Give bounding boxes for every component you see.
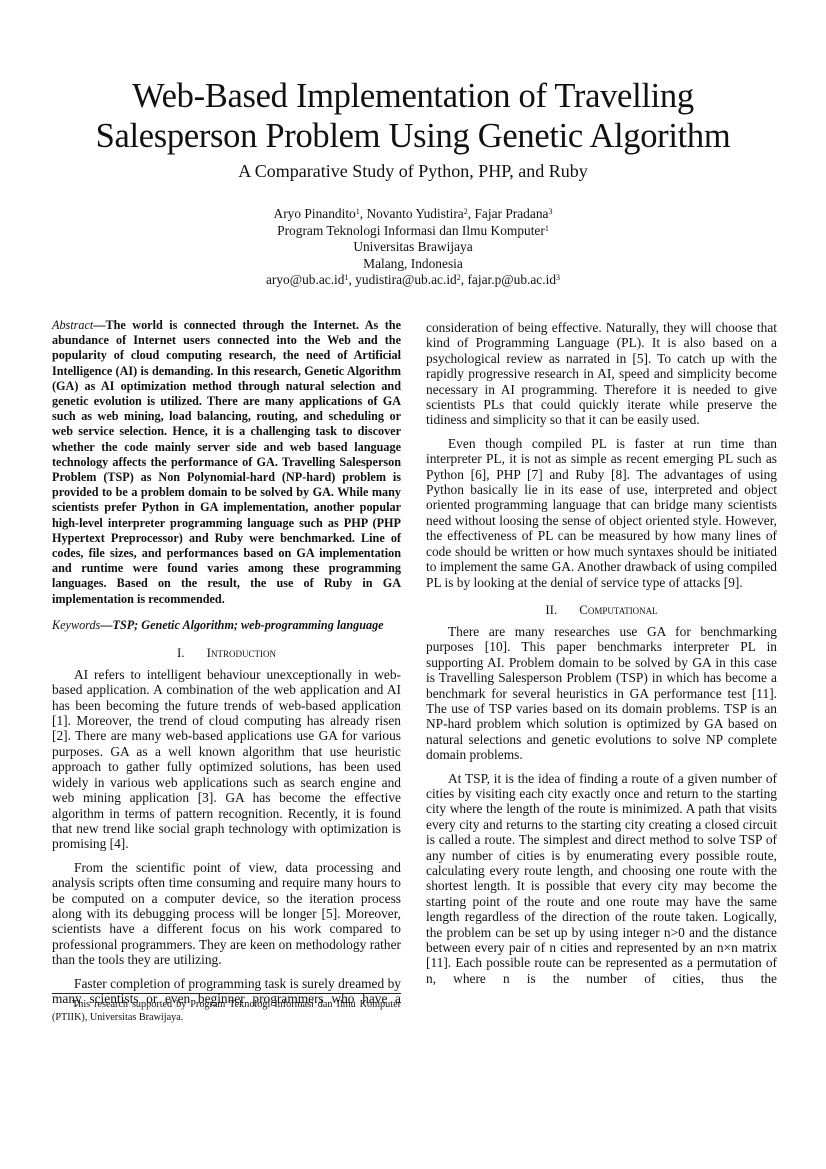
section-heading-introduction: I.Introduction [52,645,401,661]
author-sup: 1 [356,207,360,216]
affiliation-sup: 1 [545,224,549,233]
author-location: Malang, Indonesia [0,256,826,273]
author-email[interactable]: aryo@ub.ac.id [266,272,345,287]
section-title: Introduction [207,645,276,660]
email-sup: 3 [556,273,560,282]
keywords: Keywords—TSP; Genetic Algorithm; web-pro… [52,618,401,633]
author-emails: aryo@ub.ac.id1, yudistira@ub.ac.id2, faj… [0,272,826,289]
email-sup: 1 [344,273,348,282]
paragraph: There are many researches use GA for ben… [426,624,777,763]
right-column: consideration of being effective. Natura… [426,320,777,994]
section-number: II. [545,602,557,617]
affiliation-text: Program Teknologi Informasi dan Ilmu Kom… [277,223,545,238]
paragraph: AI refers to intelligent behaviour unexc… [52,667,401,852]
abstract-label: Abstract [52,318,93,332]
paragraph: Even though compiled PL is faster at run… [426,436,777,590]
email-sup: 2 [457,273,461,282]
section-title: Computational [579,602,657,617]
title-line-2: Salesperson Problem Using Genetic Algori… [0,116,826,156]
abstract-dash: — [93,318,105,332]
author-email[interactable]: yudistira@ub.ac.id [355,272,457,287]
paragraph: At TSP, it is the idea of finding a rout… [426,771,777,987]
left-column: Abstract—The world is connected through … [52,318,401,1014]
author-university: Universitas Brawijaya [0,239,826,256]
keywords-label: Keywords [52,618,100,632]
paragraph: consideration of being effective. Natura… [426,320,777,428]
author-sup: 2 [464,207,468,216]
footnote: This research supported by Program Tekno… [52,998,401,1024]
paper-subtitle: A Comparative Study of Python, PHP, and … [0,160,826,182]
author-name: Novanto Yudistira [366,206,463,221]
section-heading-computational: II.Computational [426,602,777,618]
author-name: Aryo Pinandito [274,206,356,221]
section-number: I. [177,645,185,660]
footnote-divider [52,993,401,994]
author-affiliation: Program Teknologi Informasi dan Ilmu Kom… [0,223,826,240]
abstract: Abstract—The world is connected through … [52,318,401,607]
abstract-text: The world is connected through the Inter… [52,318,401,606]
footnote-text: This research supported by Program Tekno… [52,998,401,1024]
author-email[interactable]: fajar.p@ub.ac.id [467,272,556,287]
author-name: Fajar Pradana [474,206,548,221]
paper-title: Web-Based Implementation of Travelling S… [0,76,826,156]
paragraph: From the scientific point of view, data … [52,860,401,968]
keywords-text: TSP; Genetic Algorithm; web-programming … [113,618,384,632]
title-line-1: Web-Based Implementation of Travelling [0,76,826,116]
author-sup: 3 [548,207,552,216]
author-block: Aryo Pinandito1, Novanto Yudistira2, Faj… [0,206,826,289]
keywords-dash: — [100,618,112,632]
author-names: Aryo Pinandito1, Novanto Yudistira2, Faj… [0,206,826,223]
